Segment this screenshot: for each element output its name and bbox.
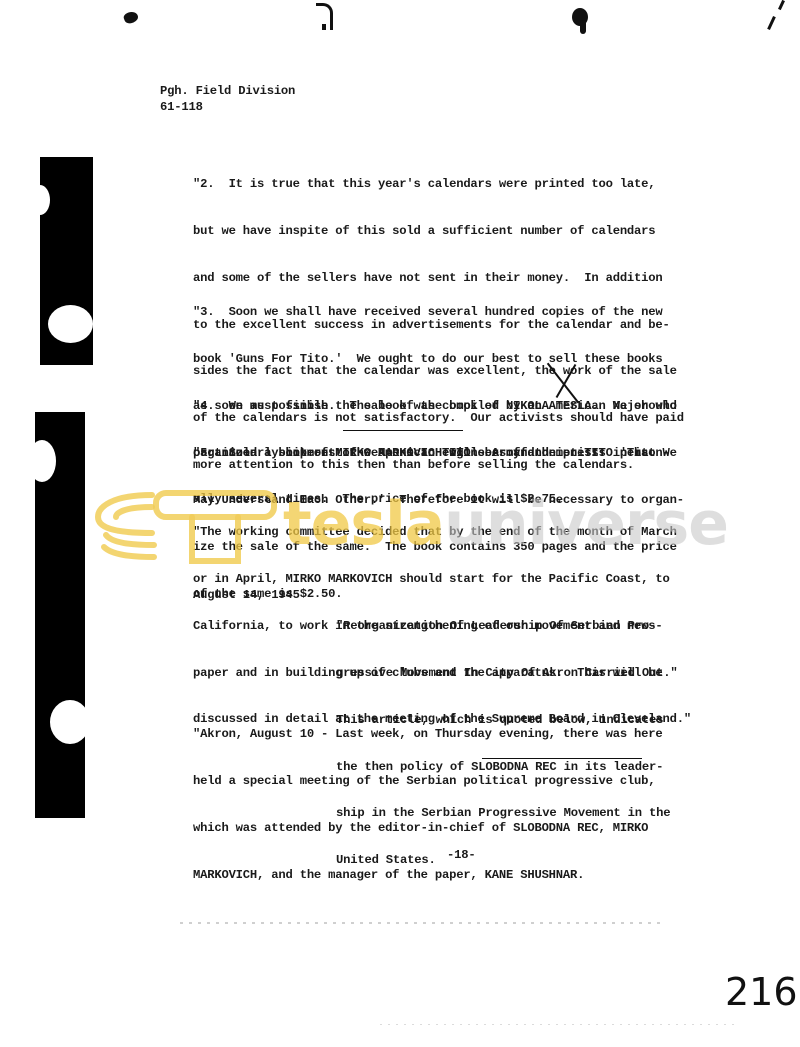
scan-stroke xyxy=(767,16,776,30)
watermark-text-universe: universe xyxy=(444,489,728,559)
watermark-logo-icon xyxy=(92,487,292,567)
scan-noise-line xyxy=(380,1024,740,1025)
handwritten-page-number: 216 xyxy=(725,970,798,1014)
entry-date: August 14, 1945 xyxy=(193,588,300,604)
text-line: MARKOVICH, and the manager of the paper,… xyxy=(193,868,663,884)
text-line: or in April, MIRKO MARKOVICH should star… xyxy=(193,572,691,588)
text-line: "Akron, August 10 - Last week, on Thursd… xyxy=(193,727,663,743)
handwritten-underline xyxy=(482,758,642,759)
text-line: which was attended by the editor-in-chie… xyxy=(193,821,663,837)
text-line: "4. We must finish the sale of the book … xyxy=(193,399,677,415)
page-number: -18- xyxy=(447,848,475,864)
scan-dot xyxy=(322,24,326,30)
punch-hole xyxy=(28,440,56,482)
header-office: Pgh. Field Division xyxy=(160,84,295,100)
scan-blob-tail xyxy=(580,20,586,34)
text-line: book 'Guns For Tito.' We ought to do our… xyxy=(193,352,677,368)
handwritten-underline xyxy=(343,430,463,431)
punch-hole xyxy=(30,185,50,215)
punch-hole xyxy=(48,305,93,343)
header-file-number: 61-118 xyxy=(160,100,203,116)
scan-speck xyxy=(123,10,140,25)
text-line: held a special meeting of the Serbian po… xyxy=(193,774,663,790)
watermark-text-tesla: tesla xyxy=(283,489,444,559)
punch-hole xyxy=(50,700,90,744)
text-line: "Reorganization Of Leadership Of Serbian… xyxy=(336,619,677,635)
text-line: gressive Movement In City Of Akron Carri… xyxy=(336,666,677,682)
scan-stroke xyxy=(778,0,785,10)
watermark-text: teslauniverse xyxy=(283,494,728,554)
scan-noise-line xyxy=(180,922,660,924)
quoted-article: "Akron, August 10 - Last week, on Thursd… xyxy=(193,696,663,899)
text-line: "2. It is true that this year's calendar… xyxy=(193,177,684,193)
text-line: "5. Soon a book of MIRKO MARKOVICH will … xyxy=(193,446,684,462)
text-line: but we have inspite of this sold a suffi… xyxy=(193,224,684,240)
text-line: "3. Soon we shall have received several … xyxy=(193,305,677,321)
